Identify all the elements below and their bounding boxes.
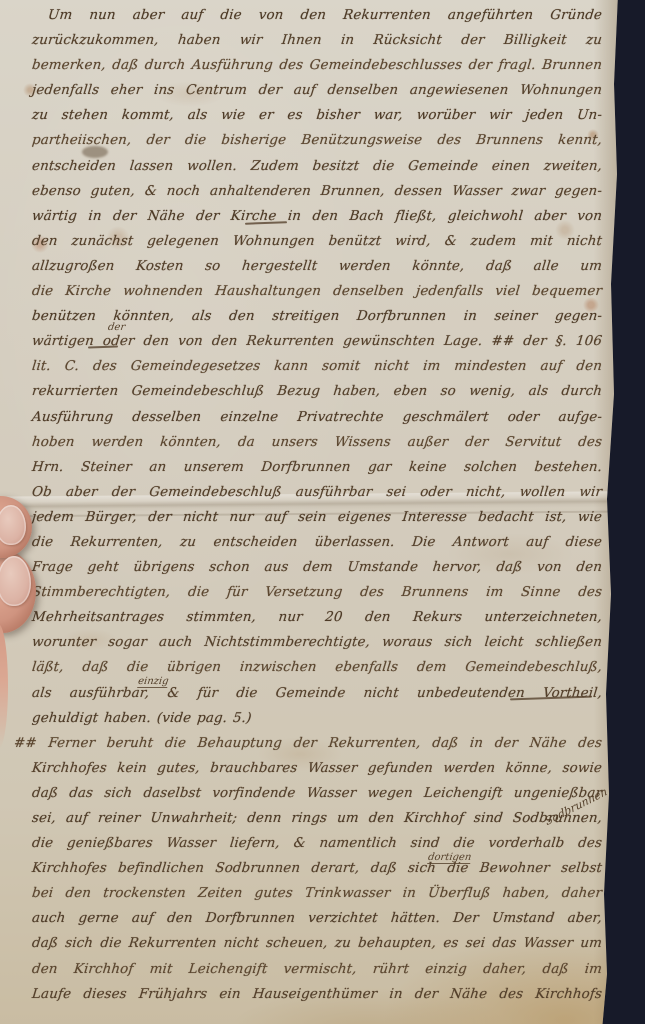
manuscript-line: die genießbares Wasser liefern, & nament… [31, 831, 604, 856]
manuscript-line: Kirchhofes befindlichen Sodbrunnen derar… [31, 856, 604, 881]
manuscript-line: ebenso guten, & noch anhaltenderen Brunn… [31, 179, 604, 204]
manuscript-line: worunter sogar auch Nichtstimmberechtigt… [31, 630, 604, 655]
manuscript-line: gehuldigt haben. (vide pag. 5.) [31, 706, 604, 731]
manuscript-line: bei den trockensten Zeiten gutes Trinkwa… [31, 881, 604, 906]
handwritten-text: Um nun aber auf die von den Rekurrenten … [32, 3, 602, 1007]
manuscript-line: Frage geht übrigens schon aus dem Umstan… [31, 555, 604, 580]
manuscript-line: Ausführung desselben einzelne Privatrech… [31, 405, 604, 430]
manuscript-line: den zunächst gelegenen Wohnungen benützt… [31, 229, 604, 254]
manuscript-photo: Um nun aber auf die von den Rekurrenten … [0, 0, 645, 1024]
manuscript-line: daß das sich daselbst vorfindende Wasser… [31, 781, 604, 806]
manuscript-line: lit. C. des Gemeindegesetzes kann somit … [31, 354, 604, 379]
manuscript-line: sei, auf reiner Unwahrheit; denn rings u… [31, 806, 604, 831]
manuscript-line: wärtig in der Nähe der Kirche in den Bac… [31, 204, 604, 229]
manuscript-line: zurückzukommen, haben wir Ihnen in Rücks… [31, 28, 604, 53]
manuscript-page: Um nun aber auf die von den Rekurrenten … [0, 0, 622, 1024]
manuscript-line: auch gerne auf den Dorfbrunnen verzichte… [31, 906, 604, 931]
manuscript-line: allzugroßen Kosten so hergestellt werden… [31, 254, 604, 279]
manuscript-line: rekurrierten Gemeindebeschluß Bezug habe… [31, 379, 604, 404]
manuscript-line: zu stehen kommt, als wie er es bisher wa… [31, 103, 604, 128]
manuscript-line: jedenfalls eher ins Centrum der auf dens… [31, 78, 604, 103]
manuscript-line: Mehrheitsantrages stimmten, nur 20 den R… [31, 605, 604, 630]
manuscript-line: entscheiden lassen wollen. Zudem besitzt… [31, 154, 604, 179]
manuscript-line: Um nun aber auf die von den Rekurrenten … [31, 3, 604, 28]
manuscript-line: jedem Bürger, der nicht nur auf sein eig… [31, 505, 604, 530]
manuscript-line: Kirchhofes kein gutes, brauchbares Wasse… [31, 756, 604, 781]
manuscript-line: läßt, daß die übrigen inzwischen ebenfal… [31, 655, 604, 680]
interlinear-insertion: der [107, 322, 126, 333]
manuscript-line: partheiischen, der die bisherige Benützu… [31, 128, 604, 153]
manuscript-line: ## Ferner beruht die Behauptung der Reku… [13, 731, 604, 756]
manuscript-line: bemerken, daß durch Ausführung des Gemei… [31, 53, 604, 78]
manuscript-line: Stimmberechtigten, die für Versetzung de… [31, 580, 604, 605]
ink-smudge [82, 146, 108, 158]
manuscript-line: Laufe dieses Frühjahrs ein Hauseigenthüm… [31, 982, 604, 1007]
manuscript-line: als ausführbar, & für die Gemeinde nicht… [31, 681, 604, 706]
manuscript-line: hoben werden könnten, da unsers Wissens … [31, 430, 604, 455]
manuscript-line: den Kirchhof mit Leichengift vermischt, … [31, 957, 604, 982]
manuscript-line: Hrn. Steiner an unserem Dorfbrunnen gar … [31, 455, 604, 480]
interlinear-insertion: dortigen [427, 852, 472, 864]
manuscript-line: daß sich die Rekurrenten nicht scheuen, … [31, 931, 604, 956]
manuscript-line: die Rekurrenten, zu entscheiden überlass… [31, 530, 604, 555]
manuscript-line: Ob aber der Gemeindebeschluß ausführbar … [31, 480, 604, 505]
interlinear-insertion: einzig [137, 676, 169, 688]
manuscript-line: die Kirche wohnenden Haushaltungen dense… [31, 279, 604, 304]
